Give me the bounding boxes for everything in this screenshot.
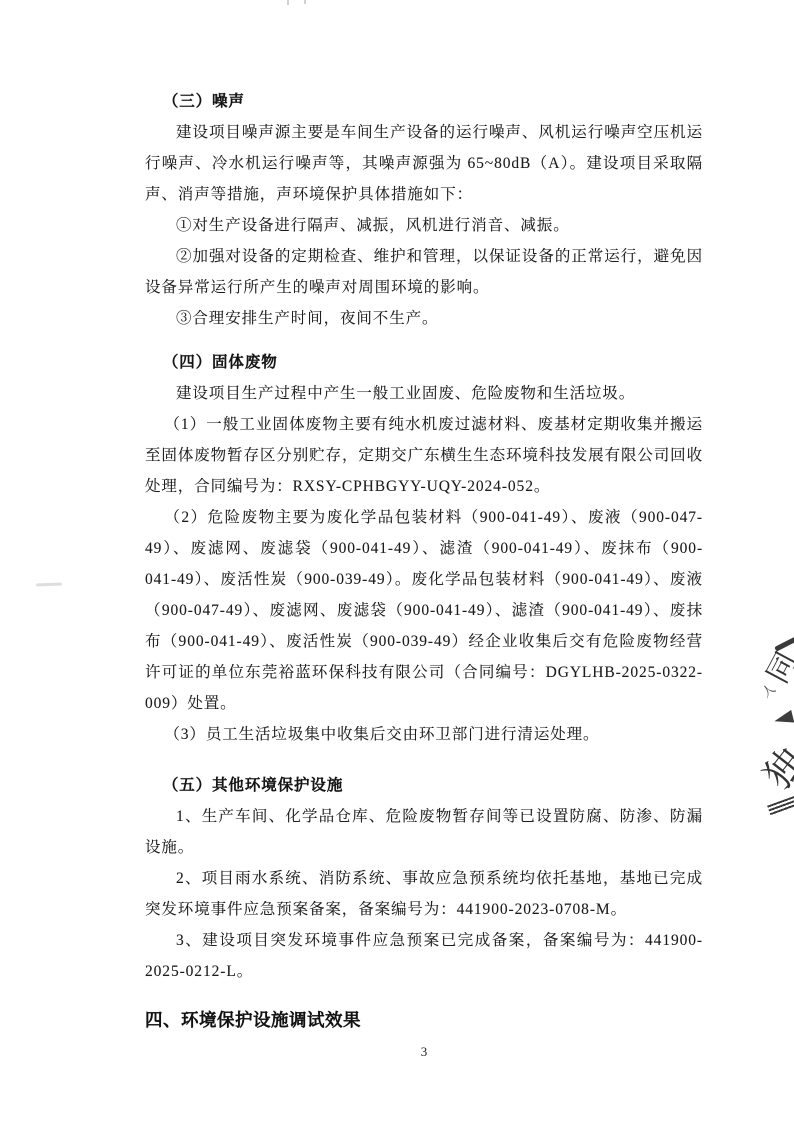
seal-wedge-icon: [773, 710, 794, 727]
paragraph-general-industrial-waste: （1）一般工业固体废物主要有纯水机废过滤材料、废基材定期收集并搬运至固体废物暂存…: [145, 409, 703, 502]
paragraph-noise-measure-1: ①对生产设备进行隔声、减振，风机进行消音、减振。: [145, 210, 703, 241]
section-heading-other-facilities: （五）其他环境保护设施: [145, 770, 703, 801]
seal-character-fragment: 独: [758, 742, 794, 795]
paragraph-hazardous-waste: （2）危险废物主要为废化学品包装材料（900-041-49）、废液（900-04…: [145, 502, 703, 719]
scan-tick-mark: [304, 0, 306, 4]
paragraph-project-emergency-plan: 3、建设项目突发环境事件应急预案已完成备案，备案编号为：441900-2025-…: [145, 925, 703, 987]
document-page: （三）噪声 建设项目噪声源主要是车间生产设备的运行噪声、风机运行噪声空压机运行噪…: [0, 0, 794, 1123]
paragraph-noise-intro: 建设项目噪声源主要是车间生产设备的运行噪声、风机运行噪声空压机运行噪声、冷水机运…: [145, 117, 703, 210]
seal-character-fragment: 人: [759, 681, 777, 699]
seal-character-fragment: 同: [763, 648, 794, 689]
section-heading-noise: （三）噪声: [145, 86, 703, 117]
seal-stroke-icon: [774, 635, 794, 651]
document-content: （三）噪声 建设项目噪声源主要是车间生产设备的运行噪声、风机运行噪声空压机运行噪…: [145, 86, 703, 1037]
page-number: 3: [145, 1044, 703, 1060]
scan-tick-mark: [287, 0, 289, 5]
paragraph-anticorrosion-facilities: 1、生产车间、化学品仓库、危险废物暂存间等已设置防腐、防渗、防漏设施。: [145, 801, 703, 863]
paragraph-base-emergency-plan: 2、项目雨水系统、消防系统、事故应急预系统均依托基地，基地已完成突发环境事件应急…: [145, 863, 703, 925]
paragraph-solid-waste-intro: 建设项目生产过程中产生一般工业固废、危险废物和生活垃圾。: [145, 378, 703, 409]
seal-hatch-icon: [767, 795, 794, 816]
section-heading-solid-waste: （四）固体废物: [145, 347, 703, 378]
chapter-heading-debug-effect: 四、环境保护设施调试效果: [145, 1003, 703, 1037]
paragraph-noise-measure-3: ③合理安排生产时间，夜间不生产。: [145, 303, 703, 334]
paragraph-noise-measure-2: ②加强对设备的定期检查、维护和管理，以保证设备的正常运行，避免因设备异常运行所产…: [145, 241, 703, 303]
scan-smudge-mark: [36, 583, 62, 587]
paragraph-domestic-waste: （3）员工生活垃圾集中收集后交由环卫部门进行清运处理。: [145, 719, 703, 750]
